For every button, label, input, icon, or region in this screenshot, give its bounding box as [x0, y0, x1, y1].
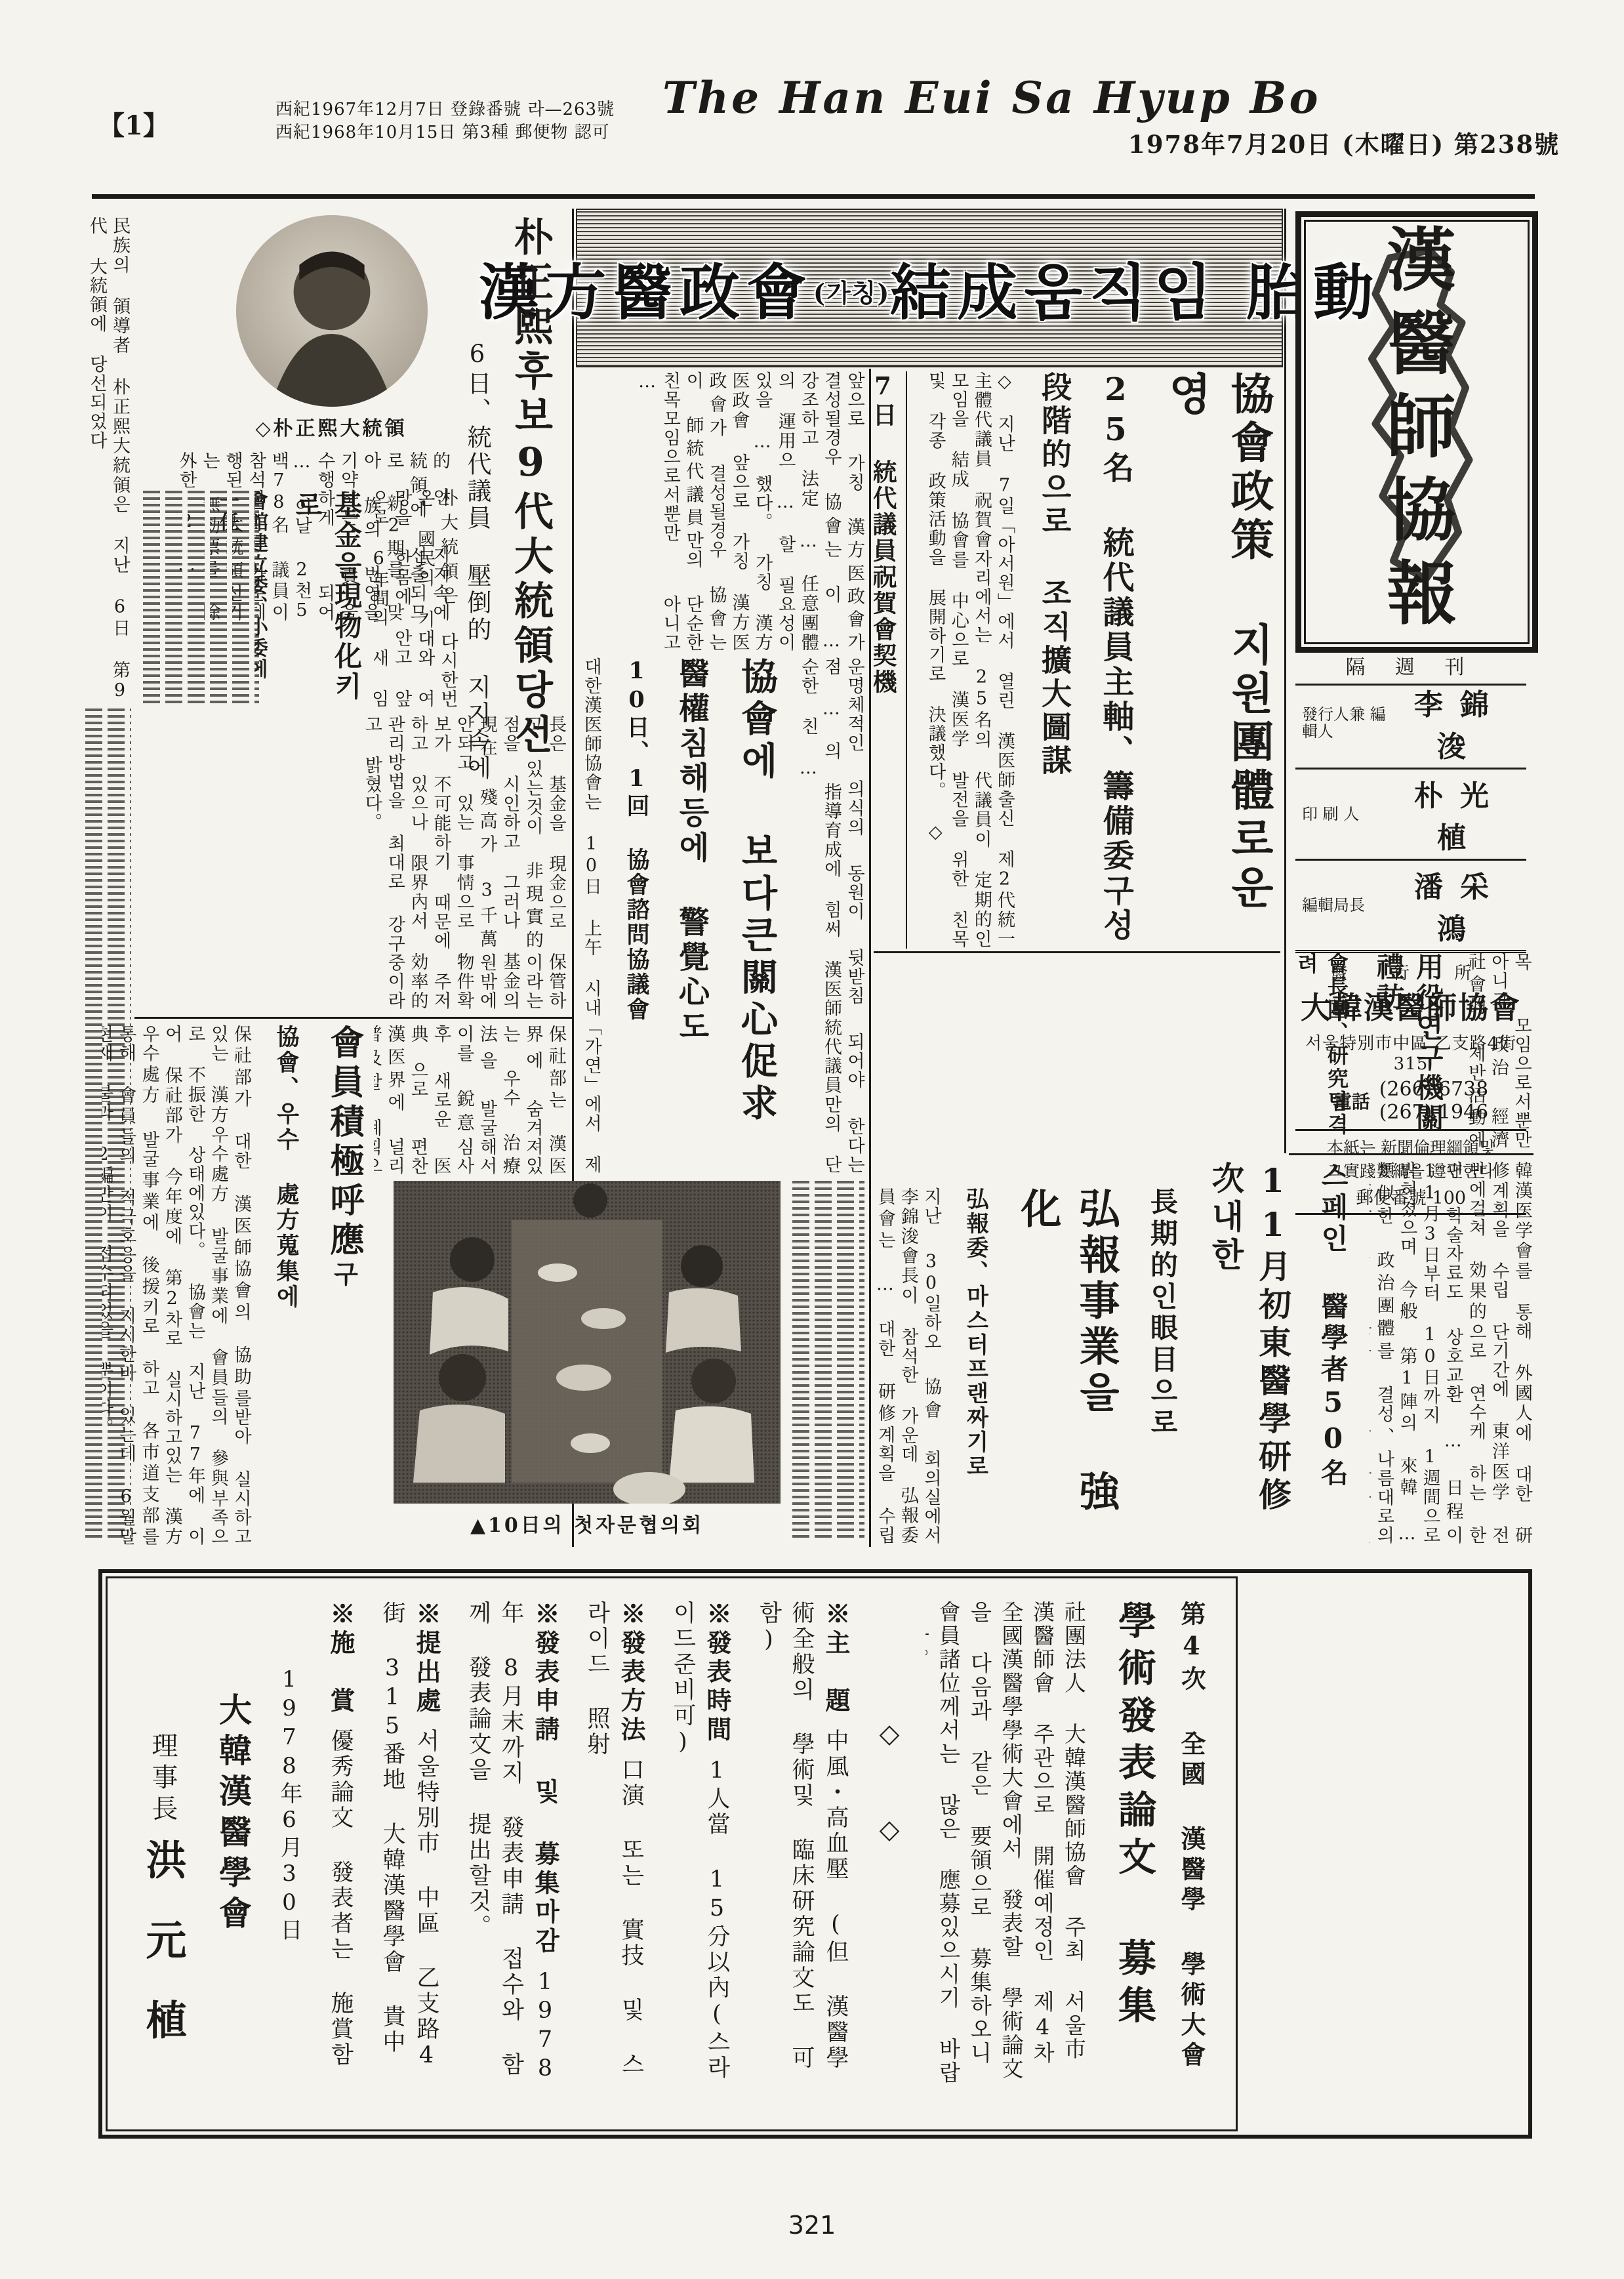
page-number: 321: [0, 2211, 1624, 2240]
notice-box-inner: 第4次 全國 漢醫學 學術大會 學術發表論文 募集 社團法人 大韓漢醫師協會 주…: [106, 1576, 1238, 2131]
notice-kicker: 第4次 全國 漢醫學 學術大會: [1173, 1601, 1209, 2107]
yongyeok-subhead: 會長團、研究팀격려: [1291, 953, 1352, 1149]
notice-box: 第4次 全國 漢醫學 學術大會 學術發表論文 募集 社團法人 大韓漢醫師協會 주…: [98, 1569, 1532, 2139]
section-rule: [1289, 1153, 1533, 1155]
notice-org: 大韓漢醫學會: [209, 1601, 256, 2107]
notice-item: ※提出處 서울特別市 中區 乙支路4街 315番地 大韓漢醫學會 貴中: [376, 1601, 445, 2086]
article-pre-body: 운명체적인 의식의 동원이 뒷받침 되어야 한다는 점 … 의 指導育成에 힘써…: [800, 657, 866, 1174]
meeting-photo-caption: ▲10日의 첫자문협의회: [394, 1509, 781, 1538]
article-body-continuation: 앞으로 가칭 漢方医政會가 결성될경우 協會는 이 … 강조하고 法定 … 任意…: [579, 371, 866, 652]
registration-info: 西紀1967年12月7日 登錄番號 라—263號 西紀1968年10月15日 第…: [275, 98, 615, 144]
publisher-role: 發行人兼 編輯人: [1302, 706, 1400, 741]
article-body-continuation: 朴大統領은 다시한번 온 國民의 기대와 여망을 한몸에 안고 앞으로 6年間의…: [374, 489, 459, 708]
article-lead-strip: 民族의 領導者 朴正熙大統領은 지난 6日 第9代 大統領에 당선되었다: [80, 216, 131, 702]
hoewon-headline: 會員積極呼應구: [319, 1025, 369, 1546]
publisher-name: 李錦浚: [1400, 681, 1520, 765]
notice-title: 學術發表論文 募集: [1106, 1601, 1162, 2107]
gigeum-headline: 基金을現物化키로: [287, 491, 366, 710]
signer-name: 洪元植: [139, 1839, 187, 2079]
spain-kicker: 스페인 醫學者50名: [1313, 1161, 1352, 1545]
article-body: 목 모임으로서뿐만 아니고 政治 經濟 社會的 제반活動에 熱意를 갖고있는 모…: [1465, 953, 1533, 1149]
body-text-texture: [138, 491, 259, 707]
article-hongbo: 長期的인眼目으로 弘報事業을 強化 弘報委、마스터프랜짜기로 지난 30일하오 …: [874, 1187, 1182, 1545]
notice-signature: 理事長 洪元植: [134, 1601, 192, 2107]
hyopjeong-headline-2: 25名 統代議員主軸、籌備委구성: [1093, 371, 1139, 949]
publisher-role: 印 刷 人: [1302, 806, 1400, 823]
masthead-box: 漢醫師協報: [1295, 211, 1538, 653]
publisher-role: 編輯局長: [1302, 897, 1400, 914]
notice-item: ※發表申請 및 募集마감 1978年 8月末까지 發表申請 접수와 함께 發表論…: [462, 1601, 563, 2086]
hyopjeong-headline-3: 段階的으로 조직擴大圖謀: [1033, 371, 1076, 949]
notice-item: ※發表時間 1人當 15分以內(스라이드준비可): [666, 1601, 735, 2086]
section-rule: [874, 951, 1280, 953]
banner-headline-text: 漢方醫政會(가칭)結成움직임 胎動: [479, 245, 1380, 331]
gwansim-headline: 協會에 보다큰關心促求: [731, 657, 783, 1174]
portrait-silhouette: [236, 215, 428, 407]
yongyeok-headline: 用役연구機關禮訪: [1369, 953, 1448, 1149]
article-body: 保社部가 대한 漢医師協會의 協助를받아 실시하고 있는 漢方우수處方 발굴事業…: [102, 1025, 253, 1546]
publisher-row: 發行人兼 編輯人 李錦浚: [1295, 678, 1526, 770]
article-yongyeok: 목 모임으로서뿐만 아니고 政治 經濟 社會的 제반活動에 熱意를 갖고있는 모…: [1289, 953, 1533, 1149]
registration-line1: 西紀1967年12月7日 登錄番號 라—263號: [275, 98, 615, 121]
notice-title-group: 第4次 全國 漢醫學 學術大會 學術發表論文 募集: [1106, 1601, 1209, 2107]
article-body: 지난 30일하오 協會 회의실에서 李錦浚會長이 참석한 가운데 弘報委員會는 …: [874, 1187, 943, 1545]
registration-line2: 西紀1968年10月15日 第3種 郵便物 認可: [275, 121, 615, 144]
notice-item-label: ※發表時間: [702, 1601, 732, 1745]
meeting-photo: [394, 1181, 781, 1504]
meeting-photo-art: [394, 1181, 781, 1504]
notice-item-label: ※發表申請 및 募集마감: [531, 1601, 560, 1956]
notice-date: 1978年6月30日: [274, 1601, 306, 2107]
signer-title: 理事長: [148, 1732, 178, 1826]
banner-headline: 漢方醫政會(가칭)結成움직임 胎動: [576, 209, 1283, 367]
column-divider: [1284, 209, 1286, 1153]
notice-item: ※施 賞 優秀論文 發表者는 施賞함: [323, 1601, 359, 2086]
notice-item-label: ※發表方法: [617, 1601, 646, 1745]
newspaper-english-title: The Han Eui Sa Hyup Bo: [662, 72, 1321, 123]
article-gwansim: 운명체적인 의식의 동원이 뒷받침 되어야 한다는 점 … 의 指導育成에 힘써…: [579, 657, 866, 1174]
issue-date: 1978年7月20日 (木曜日) 第238號: [1128, 125, 1560, 160]
column-divider: [869, 369, 871, 1547]
masthead-title: 漢醫師協報: [1368, 224, 1467, 640]
article-body-continuation: 保社部는 漢医界에 숨겨져있는 우수 治療法을 발굴해서 이를 銳意심사후 새로…: [374, 1025, 567, 1176]
hyopjeong-headline-1: 協會政策 지원團體로운영: [1156, 371, 1280, 949]
park-portrait-photo: [236, 215, 428, 407]
gwansim-kicker: 10日、1回 協會諮問協議會: [620, 657, 653, 1174]
article-gigeum: 基金을現物化키로 會館建立委、小委에 一任: [268, 491, 366, 710]
park-photo-caption: ◇朴正熙大統領: [216, 412, 446, 441]
gwansim-headline-2: 醫權침해등에 警覺心도: [670, 657, 714, 1174]
hoewon-headline-tail: 구: [329, 1261, 359, 1291]
notice-intro: 社團法人 大韓漢醫師協會 주최 서울市 漢醫師會 주관으로 開催예정인 제4차 …: [925, 1601, 1089, 2086]
hoewon-headline-text: 會員積極呼應: [324, 1025, 364, 1261]
notice-item: ※發表方法 口演 또는 實技 및 스라이드 照射: [580, 1601, 649, 2086]
hongbo-subhead: 弘報委、마스터프랜짜기로: [960, 1187, 992, 1545]
notice-item-label: ※主 題: [821, 1601, 851, 1716]
hoewon-subhead: 協會、우수 處方蒐集에: [270, 1025, 302, 1546]
publisher-row: 印 刷 人 朴光植: [1295, 770, 1526, 861]
article-intro: ◇ 지난 7일「아서원」에서 열린 漢医師출신 제2代統一主體代議員 祝賀會자리…: [924, 371, 1016, 949]
article-hoewon: 會員積極呼應구 協會、우수 處方蒐集에 保社部가 대한 漢医師協會의 協助를받아…: [98, 1025, 369, 1546]
hyopjeong-kicker: 7日 統代議員祝賀會契機: [874, 371, 907, 949]
article-body: 韓漢医学會를 통해 外國人에 대한 研修계획을 수립 단기간에 東洋医学 전반에…: [1370, 1161, 1533, 1545]
spain-headline: 11月初東醫學研修次내한: [1202, 1161, 1296, 1545]
banner-paren: (가칭): [813, 278, 890, 308]
header-rule: [92, 194, 1535, 199]
article-spain: 韓漢医学會를 통해 外國人에 대한 研修계획을 수립 단기간에 東洋医学 전반에…: [1190, 1161, 1533, 1545]
notice-item: ※主 題 中風・高血壓 (但 漢醫學術全般의 學術및 臨床研究論文도 可함): [752, 1601, 854, 2086]
notice-item-label: ※提出處: [412, 1601, 441, 1716]
notice-item-label: ※施 賞: [326, 1601, 355, 1716]
article-hyopjeong: 協會政策 지원團體로운영 25名 統代議員主軸、籌備委구성 段階的으로 조직擴大…: [874, 371, 1280, 949]
notice-item-text: 優秀論文 發表者는 施賞함: [327, 1729, 354, 2068]
publisher-name: 朴光植: [1400, 772, 1520, 856]
publisher-row: 編輯局長 潘采鴻: [1295, 861, 1526, 953]
article-body: 대한漢医師協會는 10日 上午 시내「가연」에서 제1回 諮問協議會를 소집 協…: [579, 657, 603, 1174]
gigeum-body: 長은 基金을 現金으로 保管하고 있는것이 非現實的이라는 점을 시인하고 그러…: [138, 715, 567, 1010]
newspaper-page: 【1】 西紀1967年12月7日 登錄番號 라—263號 西紀1968年10月1…: [0, 0, 1624, 2279]
notice-diamonds: ◇ ◇: [871, 1601, 908, 2107]
hongbo-kicker: 長期的인眼目으로: [1143, 1187, 1182, 1545]
page-marker: 【1】: [98, 105, 169, 142]
body-text-texture: [787, 1181, 864, 1542]
section-rule: [134, 1017, 572, 1019]
publisher-name: 潘采鴻: [1400, 863, 1520, 947]
hongbo-headline: 弘報事業을 強化: [1009, 1187, 1126, 1545]
